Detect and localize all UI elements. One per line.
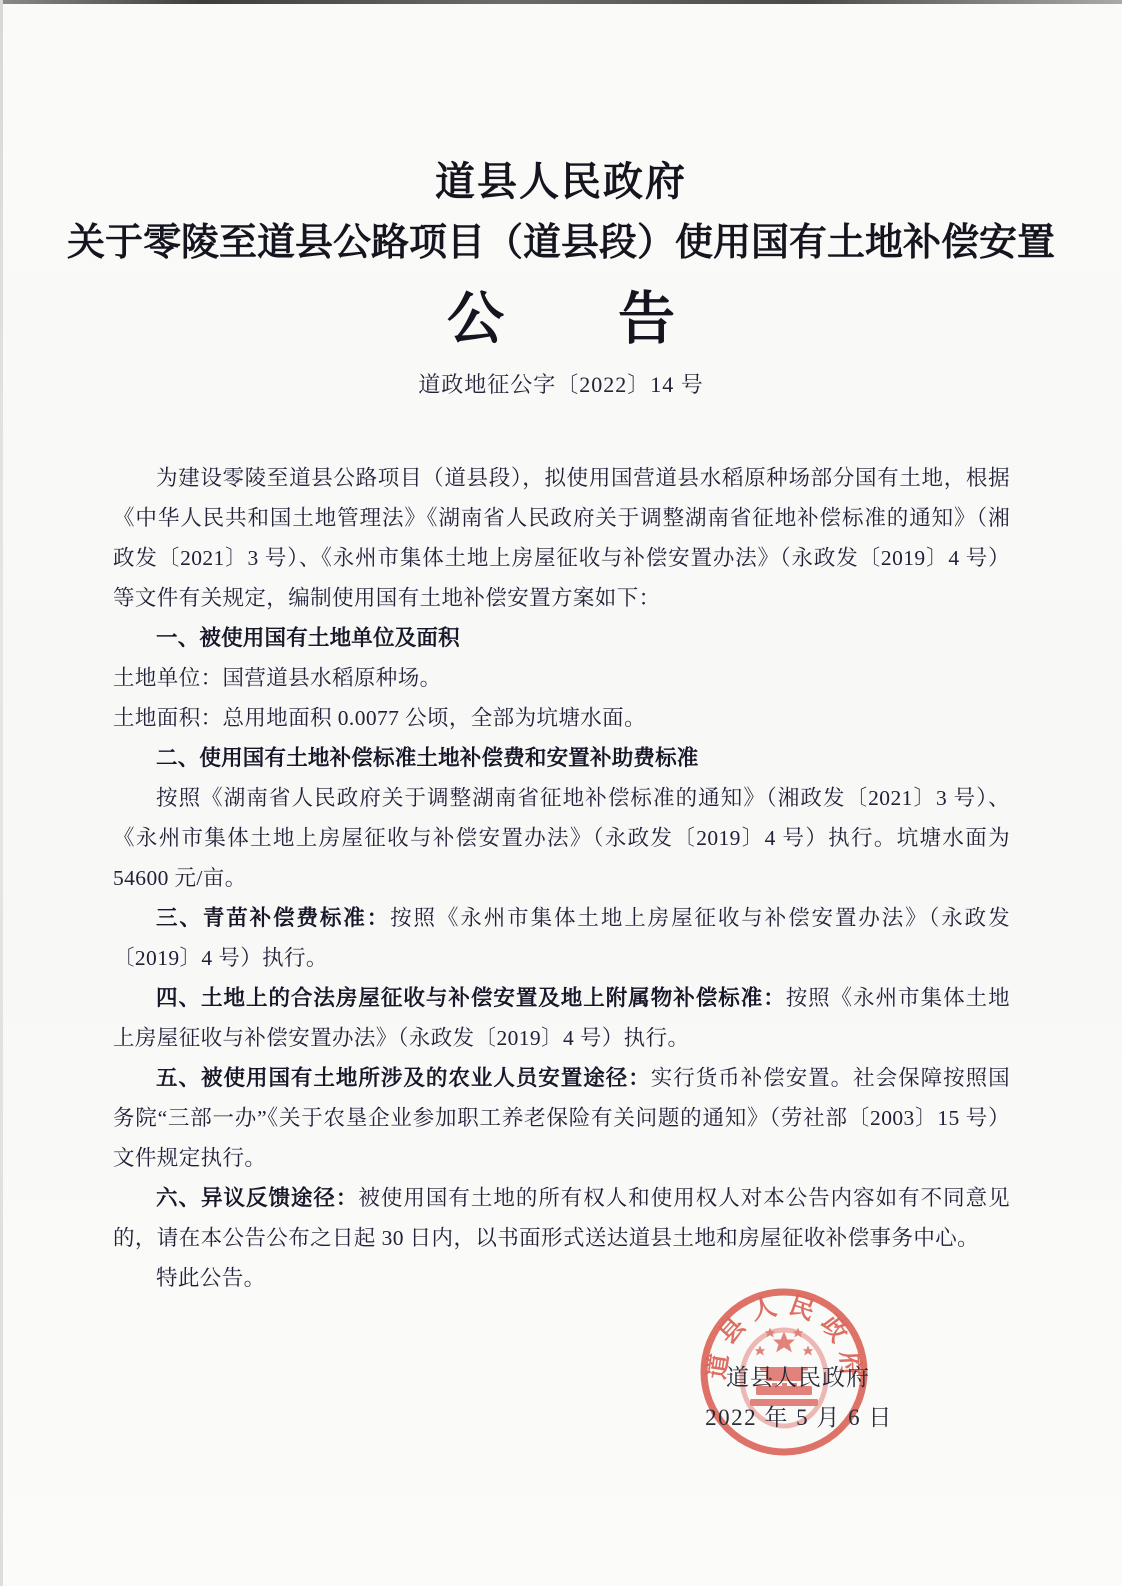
section-3-paragraph: 三、青苗补偿费标准：按照《永州市集体土地上房屋征收与补偿安置办法》（永政发〔20… bbox=[113, 898, 1010, 978]
section-1-line-1: 土地单位：国营道县水稻原种场。 bbox=[113, 658, 1010, 698]
section-2-heading: 二、使用国有土地补偿标准土地补偿费和安置补助费标准 bbox=[113, 738, 1010, 778]
document-body: 为建设零陵至道县公路项目（道县段），拟使用国营道县水稻原种场部分国有土地，根据《… bbox=[113, 458, 1010, 1298]
section-4-paragraph: 四、土地上的合法房屋征收与补偿安置及地上附属物补偿标准：按照《永州市集体土地上房… bbox=[113, 978, 1010, 1058]
scan-left-edge bbox=[0, 0, 3, 1586]
section-5-paragraph: 五、被使用国有土地所涉及的农业人员安置途径：实行货币补偿安置。社会保障按照国务院… bbox=[113, 1058, 1010, 1178]
document-title: 关于零陵至道县公路项目（道县段）使用国有土地补偿安置 bbox=[30, 220, 1092, 266]
announcement-document-page: 道县人民政府 关于零陵至道县公路项目（道县段）使用国有土地补偿安置 公 告 道政… bbox=[0, 0, 1122, 1586]
issuing-org-title: 道县人民政府 bbox=[0, 160, 1122, 204]
section-5-lead: 五、被使用国有土地所涉及的农业人员安置途径： bbox=[156, 1066, 651, 1090]
section-1-heading: 一、被使用国有土地单位及面积 bbox=[113, 618, 1010, 658]
section-1-line-2: 土地面积：总用地面积 0.0077 公顷，全部为坑塘水面。 bbox=[113, 698, 1010, 738]
intro-paragraph: 为建设零陵至道县公路项目（道县段），拟使用国营道县水稻原种场部分国有土地，根据《… bbox=[113, 458, 1010, 618]
signature-org-name: 道县人民政府 bbox=[718, 1364, 878, 1392]
scan-top-edge bbox=[0, 0, 1122, 4]
notice-heading: 公 告 bbox=[0, 290, 1122, 350]
section-4-lead: 四、土地上的合法房屋征收与补偿安置及地上附属物补偿标准： bbox=[156, 986, 786, 1010]
section-2-paragraph: 按照《湖南省人民政府关于调整湖南省征地补偿标准的通知》（湘政发〔2021〕3 号… bbox=[113, 778, 1010, 898]
document-number: 道政地征公字〔2022〕14 号 bbox=[0, 372, 1122, 398]
section-6-lead: 六、异议反馈途径： bbox=[156, 1186, 358, 1210]
section-3-lead: 三、青苗补偿费标准： bbox=[156, 906, 390, 930]
signature-date: 2022 年 5 月 6 日 bbox=[704, 1404, 894, 1432]
